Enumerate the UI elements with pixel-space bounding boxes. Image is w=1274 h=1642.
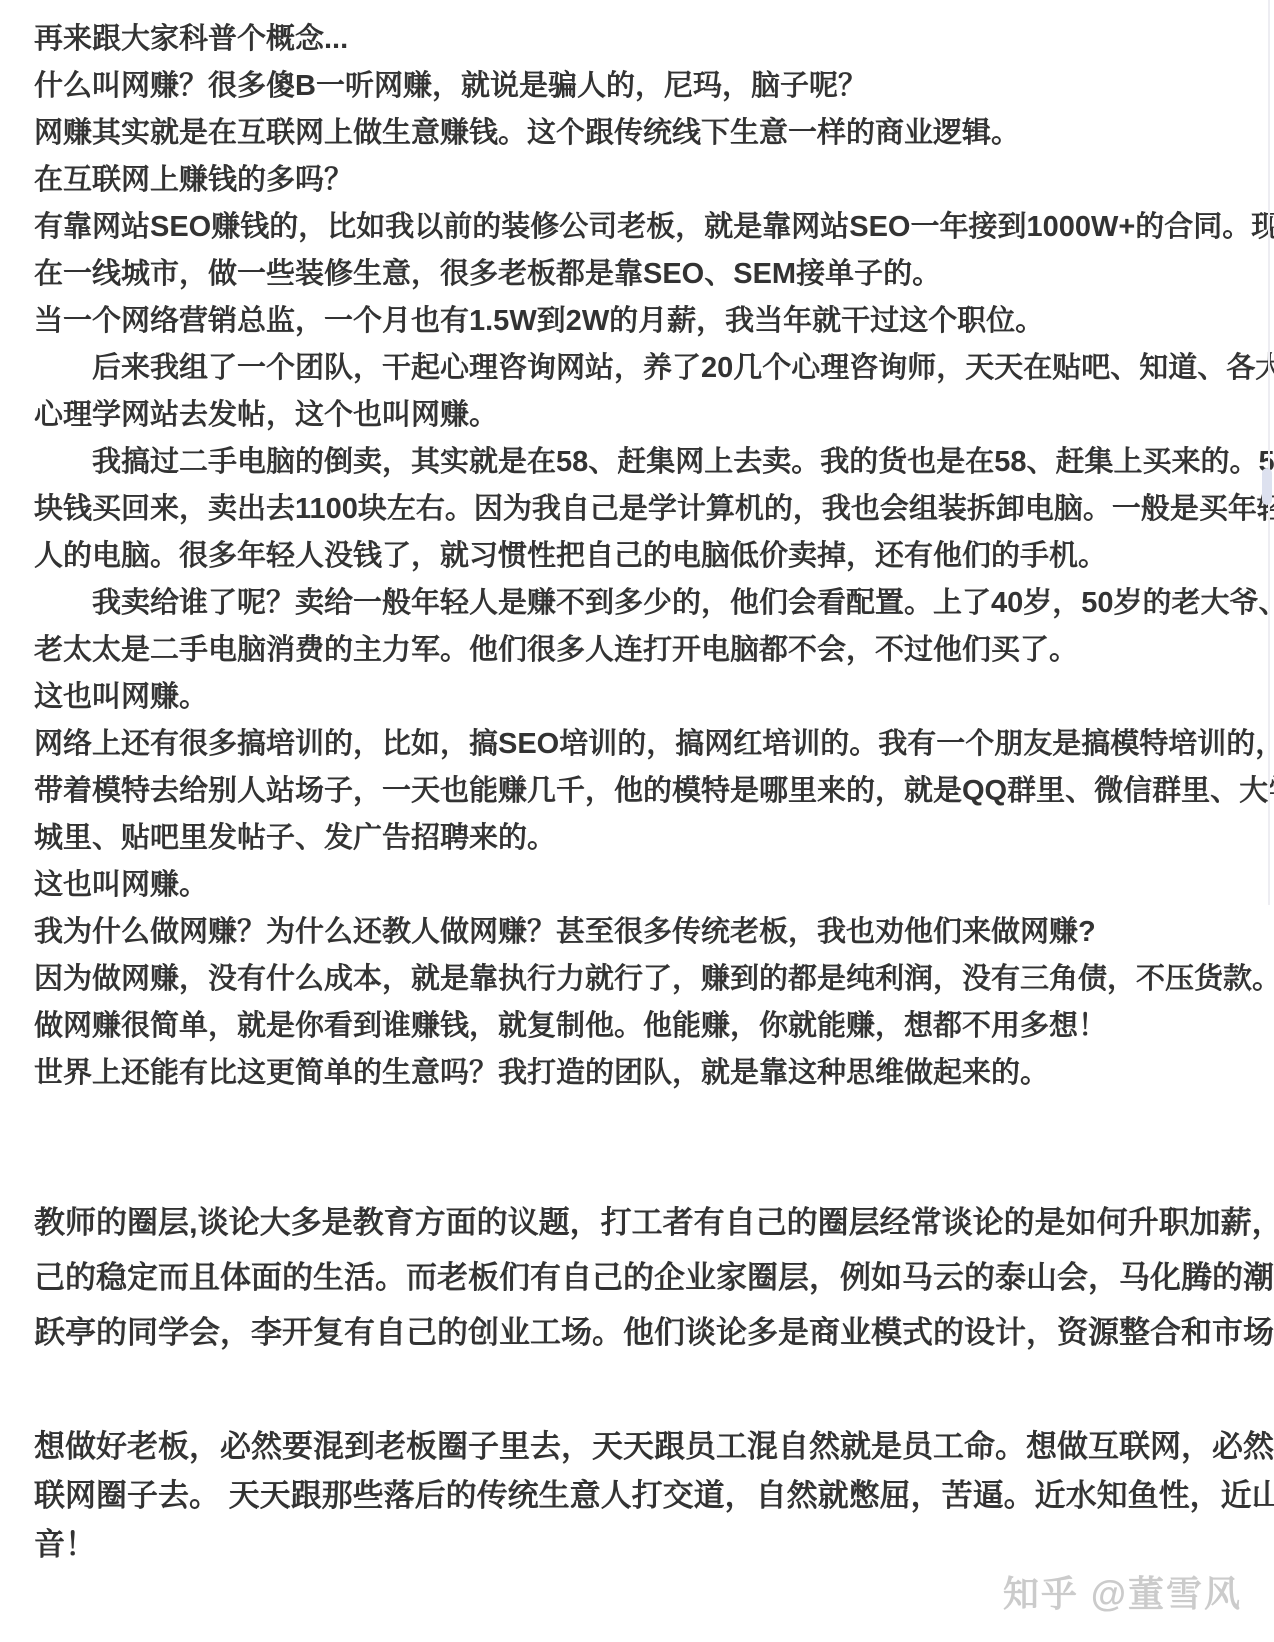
text-line: 在互联网上赚钱的多吗？ — [34, 157, 1248, 204]
paragraph-3: 想做好老板，必然要混到老板圈子里去，天天跟员工混自然就是员工命。想做互联网，必然… — [0, 1422, 1274, 1569]
text-line: 块钱买回来，卖出去1100块左右。因为我自己是学计算机的，我也会组装拆卸电脑。一… — [34, 486, 1248, 533]
text-line: 老太太是二手电脑消费的主力军。他们很多人连打开电脑都不会，不过他们买了。 — [34, 627, 1248, 674]
text-line: 教师的圈层,谈论大多是教育方面的议题，打工者有自己的圈层经常谈论的是如何升职加薪… — [34, 1195, 1248, 1250]
zhihu-watermark: 知乎 @董雪风 — [1003, 1566, 1242, 1617]
text-line: 这也叫网赚。 — [34, 862, 1248, 909]
text-line: 我搞过二手电脑的倒卖，其实就是在58、赶集网上去卖。我的货也是在58、赶集上买来… — [34, 439, 1248, 486]
scrollbar-thumb[interactable] — [1262, 468, 1272, 505]
text-line: 世界上还能有比这更简单的生意吗？我打造的团队，就是靠这种思维做起来的。 — [34, 1050, 1248, 1097]
text-line: 后来我组了一个团队，干起心理咨询网站，养了20几个心理咨询师，天天在贴吧、知道、… — [34, 345, 1248, 392]
text-line: 再来跟大家科普个概念... — [34, 16, 1248, 63]
text-line: 心理学网站去发帖，这个也叫网赚。 — [34, 392, 1248, 439]
text-line: 人的电脑。很多年轻人没钱了，就习惯性把自己的电脑低价卖掉，还有他们的手机。 — [34, 533, 1248, 580]
text-line: 什么叫网赚？很多傻B一听网赚，就说是骗人的，尼玛，脑子呢？ — [34, 63, 1248, 110]
text-line: 己的稳定而且体面的生活。而老板们有自己的企业家圈层，例如马云的泰山会，马化腾的潮… — [34, 1250, 1248, 1305]
text-line: 网赚其实就是在互联网上做生意赚钱。这个跟传统线下生意一样的商业逻辑。 — [34, 110, 1248, 157]
text-line: 当一个网络营销总监，一个月也有1.5W到2W的月薪，我当年就干过这个职位。 — [34, 298, 1248, 345]
text-line: 联网圈子去。 天天跟那些落后的传统生意人打交道，自然就憋屈，苦逼。近水知鱼性，近… — [34, 1471, 1248, 1520]
paragraph-1: 再来跟大家科普个概念... 什么叫网赚？很多傻B一听网赚，就说是骗人的，尼玛，脑… — [0, 0, 1274, 1097]
text-line: 网络上还有很多搞培训的，比如，搞SEO培训的，搞网红培训的。我有一个朋友是搞模特… — [34, 721, 1248, 768]
text-line: 音！ — [34, 1520, 1248, 1569]
text-line: 我卖给谁了呢？卖给一般年轻人是赚不到多少的，他们会看配置。上了40岁，50岁的老… — [34, 580, 1248, 627]
text-line: 跃亭的同学会，李开复有自己的创业工场。他们谈论多是商业模式的设计，资源整合和市场… — [34, 1305, 1248, 1360]
text-line: 因为做网赚，没有什么成本，就是靠执行力就行了，赚到的都是纯利润，没有三角债，不压… — [34, 956, 1248, 1003]
text-line: 我为什么做网赚？为什么还教人做网赚？甚至很多传统老板，我也劝他们来做网赚? — [34, 909, 1248, 956]
text-line: 城里、贴吧里发帖子、发广告招聘来的。 — [34, 815, 1248, 862]
paragraph-2: 教师的圈层,谈论大多是教育方面的议题，打工者有自己的圈层经常谈论的是如何升职加薪… — [0, 1195, 1274, 1360]
text-line: 在一线城市，做一些装修生意，很多老板都是靠SEO、SEM接单子的。 — [34, 251, 1248, 298]
text-line: 做网赚很简单，就是你看到谁赚钱，就复制他。他能赚，你就能赚，想都不用多想！ — [34, 1003, 1248, 1050]
text-line: 有靠网站SEO赚钱的，比如我以前的装修公司老板，就是靠网站SEO一年接到1000… — [34, 204, 1248, 251]
scrollbar-track — [1268, 0, 1270, 905]
text-line: 想做好老板，必然要混到老板圈子里去，天天跟员工混自然就是员工命。想做互联网，必然… — [34, 1422, 1248, 1471]
text-line: 带着模特去给别人站场子，一天也能赚几千，他的模特是哪里来的，就是QQ群里、微信群… — [34, 768, 1248, 815]
article-body: 再来跟大家科普个概念... 什么叫网赚？很多傻B一听网赚，就说是骗人的，尼玛，脑… — [0, 0, 1274, 1569]
text-line: 这也叫网赚。 — [34, 674, 1248, 721]
